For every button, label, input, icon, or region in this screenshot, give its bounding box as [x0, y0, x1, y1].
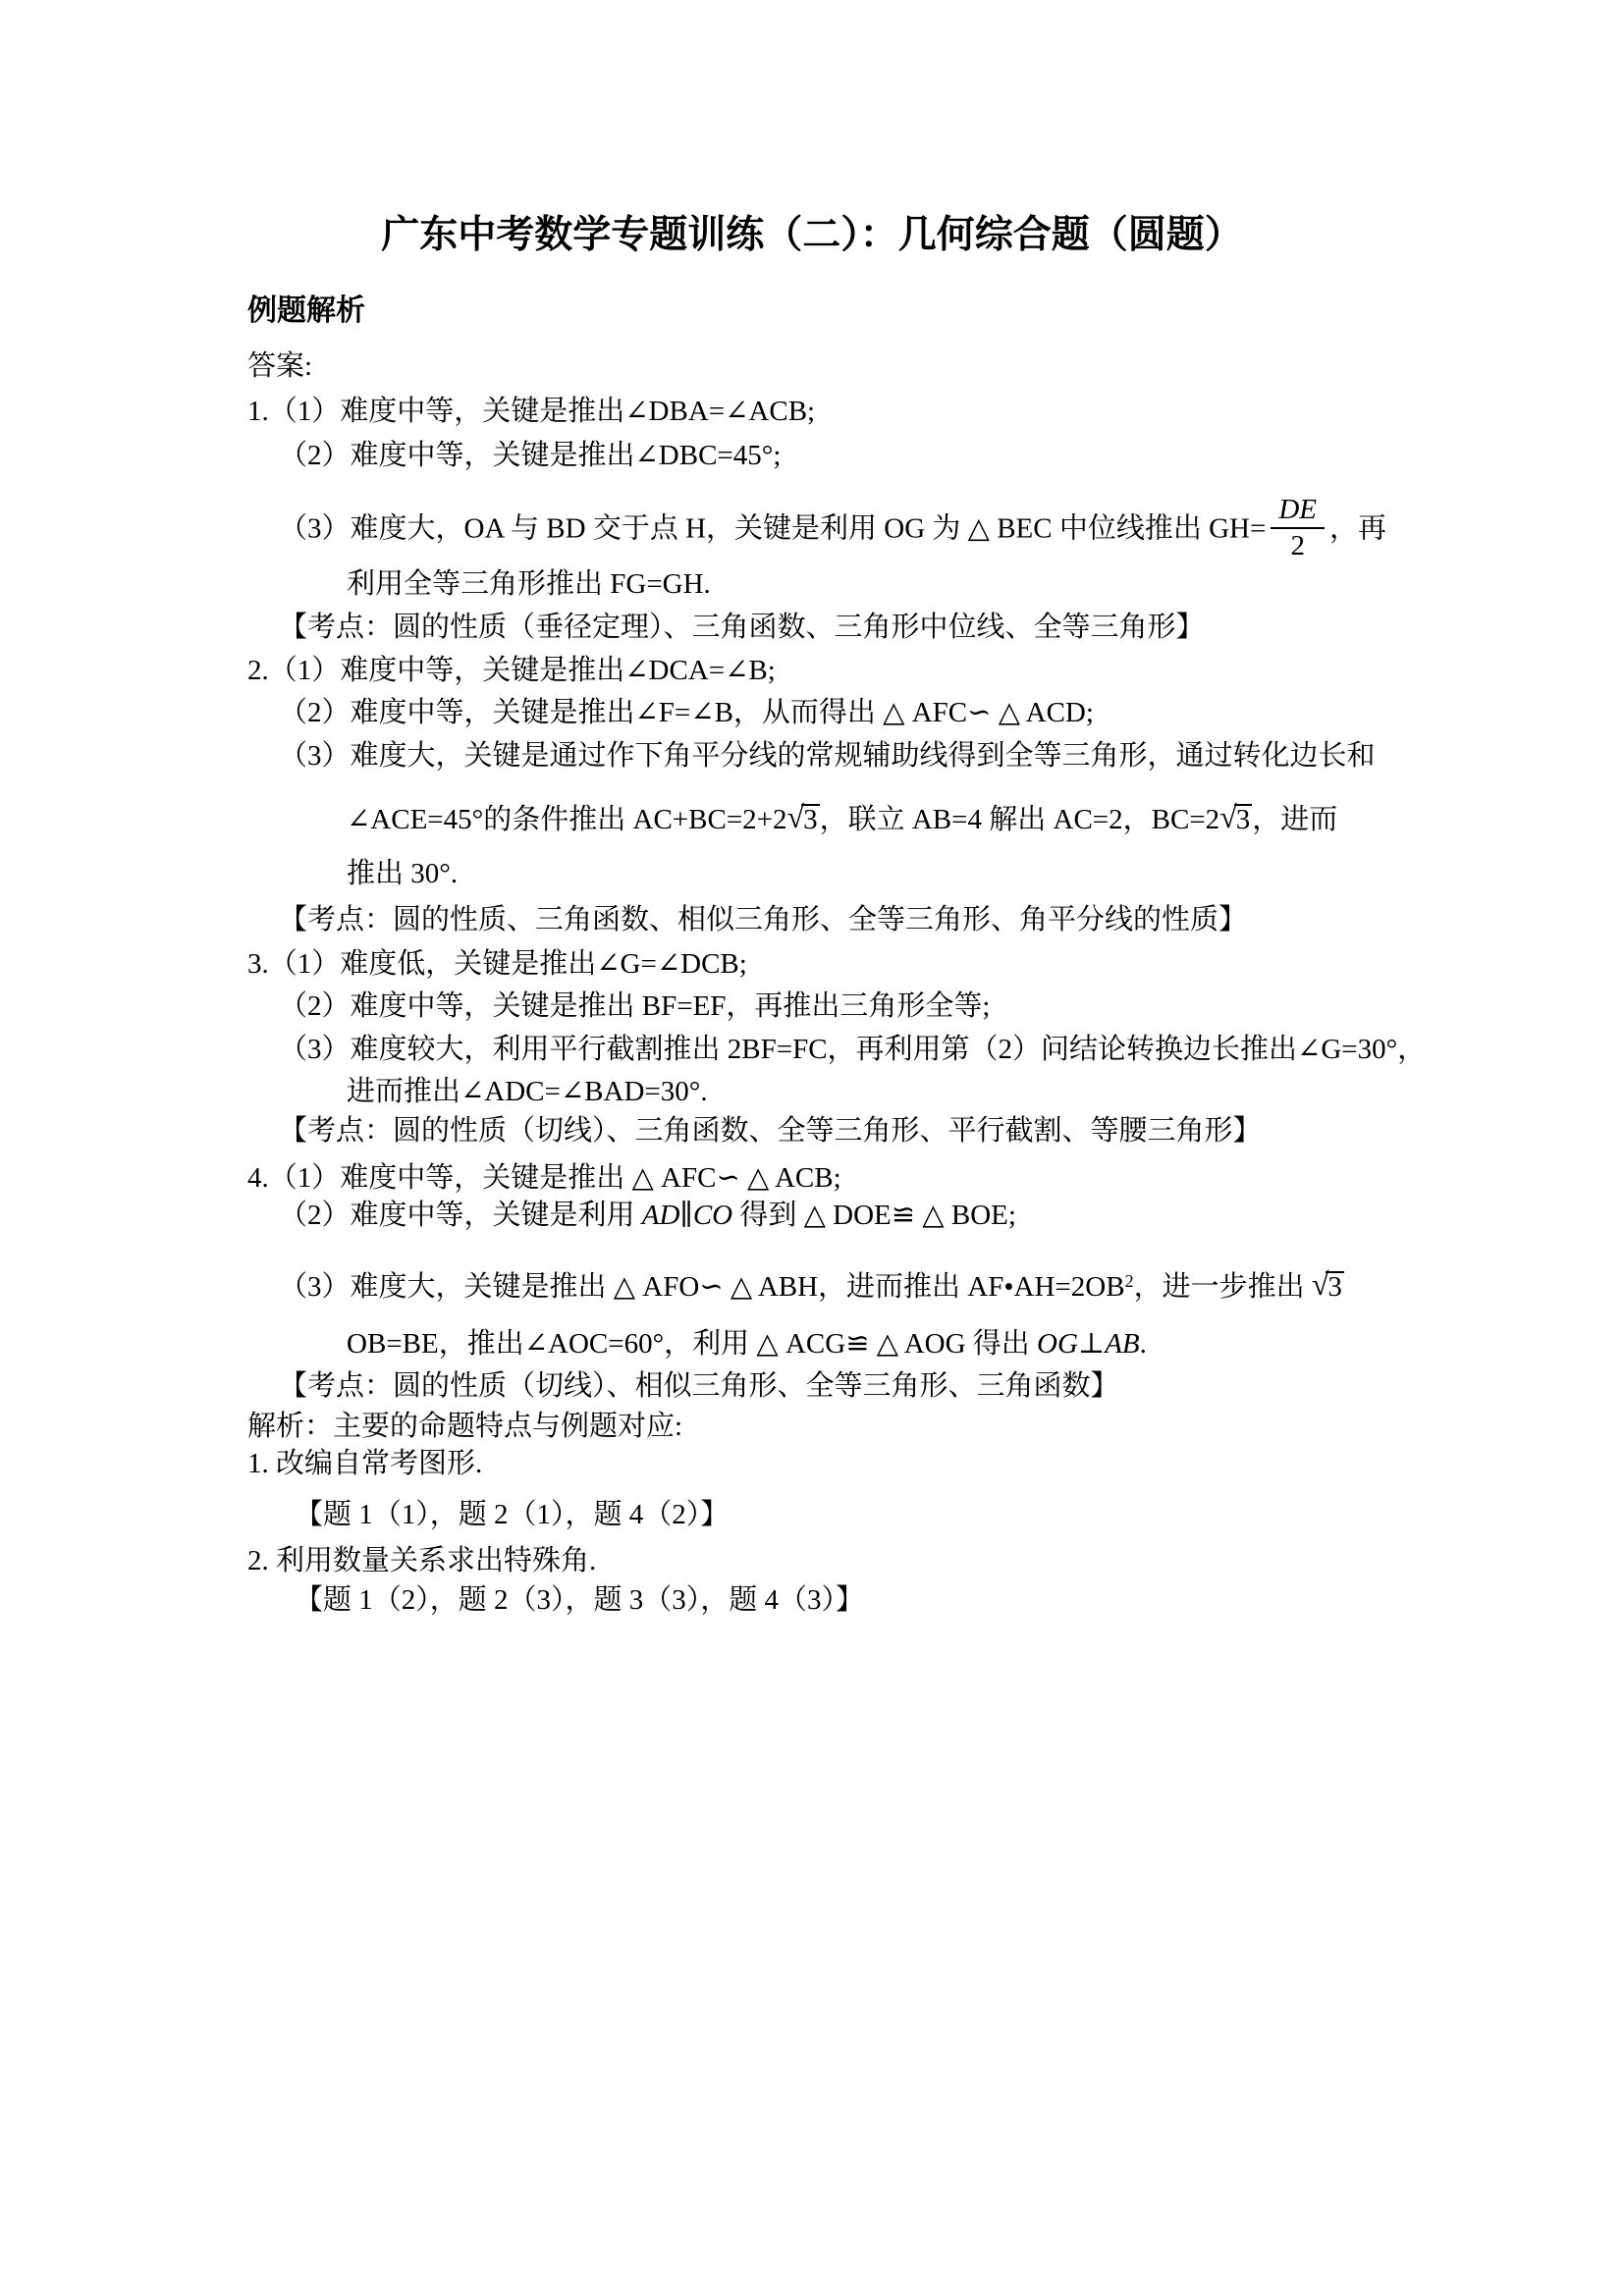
answer-4-2-text-1: （2）难度中等，关键是利用 [279, 1200, 642, 1231]
answer-2-3: （3）难度大，关键是通过作下角平分线的常规辅助线得到全等三角形，通过转化边长和 [279, 734, 1376, 777]
answer-3-1: 3.（1）难度低，关键是推出∠G=∠DCB; [247, 942, 747, 986]
analysis-ref-2: 【题 1（2），题 2（3），题 3（3），题 4（3）】 [295, 1578, 864, 1622]
answer-4-3-text-1: （3）难度大，关键是推出 △ AFO∽ △ ABH，进而推出 AF•AH=2OB [279, 1271, 1125, 1303]
parallel-AD-CO: AD∥CO [642, 1200, 732, 1231]
answer-2-2: （2）难度中等，关键是推出∠F=∠B，从而得出 △ AFC∽ △ ACD; [279, 691, 1094, 734]
answer-4-3-continuation: OB=BE，推出∠AOC=60°，利用 △ ACG≌ △ AOG 得出 OG⊥A… [347, 1322, 1147, 1365]
superscript-2: 2 [1125, 1271, 1134, 1291]
radical-sign: √ [787, 795, 805, 838]
fraction-DE-over-2: DE2 [1271, 494, 1325, 562]
document-page: 广东中考数学专题训练（二）：几何综合题（圆题） 例题解析 答案: 1.（1）难度… [0, 0, 1624, 2296]
section-heading: 例题解析 [247, 290, 365, 333]
radical-sign: √ [1312, 1262, 1329, 1306]
answer-2-1: 2.（1）难度中等，关键是推出∠DCA=∠B; [247, 649, 776, 692]
answer-3-3-continuation: 进而推出∠ADC=∠BAD=30°. [347, 1070, 708, 1113]
answer-2-3-continuation-2: 推出 30°. [347, 852, 458, 895]
analysis-item-1: 1. 改编自常考图形. [247, 1442, 482, 1485]
answer-4-2-text-2: 得到 △ DOE≌ △ BOE; [732, 1200, 1016, 1231]
answer-1-1: 1.（1）难度中等，关键是推出∠DBA=∠ACB; [247, 390, 815, 433]
document-title: 广东中考数学专题训练（二）：几何综合题（圆题） [0, 212, 1624, 259]
answer-2-3-continuation-1: ∠ACE=45°的条件推出 AC+BC=2+2√3，联立 AB=4 解出 AC=… [347, 796, 1337, 841]
answers-label: 答案: [247, 345, 312, 388]
perpendicular-OG-AB: OG⊥AB [1037, 1328, 1140, 1360]
radical-sign: √ [1219, 795, 1237, 838]
answer-2-3-text-3: ，进而 [1252, 804, 1337, 835]
sqrt-3-icon: √3 [1219, 796, 1252, 841]
answer-4-3-text-4: . [1140, 1328, 1147, 1360]
answer-4-2: （2）难度中等，关键是利用 AD∥CO 得到 △ DOE≌ △ BOE; [279, 1194, 1016, 1237]
sqrt-3-icon: √3 [1312, 1263, 1344, 1308]
keypoints-4: 【考点：圆的性质（切线）、相似三角形、全等三角形、三角函数】 [279, 1364, 1119, 1408]
answer-2-3-text-1: ∠ACE=45°的条件推出 AC+BC=2+2 [347, 804, 787, 835]
answer-3-2: （2）难度中等，关键是推出 BF=EF，再推出三角形全等; [279, 985, 990, 1028]
analysis-ref-1: 【题 1（1），题 2（1），题 4（2）】 [295, 1493, 729, 1536]
answer-1-3-tail: ，再 [1329, 513, 1386, 545]
sqrt-3-icon: √3 [787, 796, 820, 841]
answer-3-3: （3）难度较大，利用平行截割推出 2BF=FC，再利用第（2）问结论转换边长推出… [279, 1028, 1426, 1071]
answer-4-3-text-3: OB=BE，推出∠AOC=60°，利用 △ ACG≌ △ AOG 得出 [347, 1328, 1037, 1360]
answer-2-3-text-2: ，联立 AB=4 解出 AC=2，BC=2 [820, 804, 1220, 835]
answer-1-3-continuation: 利用全等三角形推出 FG=GH. [347, 562, 711, 606]
analysis-item-2: 2. 利用数量关系求出特殊角. [247, 1539, 596, 1582]
answer-4-3: （3）难度大，关键是推出 △ AFO∽ △ ABH，进而推出 AF•AH=2OB… [279, 1263, 1344, 1308]
fraction-denominator: 2 [1271, 529, 1325, 562]
answer-1-2: （2）难度中等，关键是推出∠DBC=45°; [279, 434, 781, 477]
answer-4-3-text-2: ，进一步推出 [1134, 1271, 1312, 1303]
keypoints-2: 【考点：圆的性质、三角函数、相似三角形、全等三角形、角平分线的性质】 [279, 898, 1247, 941]
keypoints-1: 【考点：圆的性质（垂径定理）、三角函数、三角形中位线、全等三角形】 [279, 606, 1205, 649]
answer-1-3-text: （3）难度大，OA 与 BD 交于点 H，关键是利用 OG 为 △ BEC 中位… [279, 513, 1266, 545]
answer-1-3: （3）难度大，OA 与 BD 交于点 H，关键是利用 OG 为 △ BEC 中位… [279, 497, 1386, 565]
fraction-numerator: DE [1271, 494, 1325, 529]
keypoints-3: 【考点：圆的性质（切线）、三角函数、全等三角形、平行截割、等腰三角形】 [279, 1109, 1262, 1152]
